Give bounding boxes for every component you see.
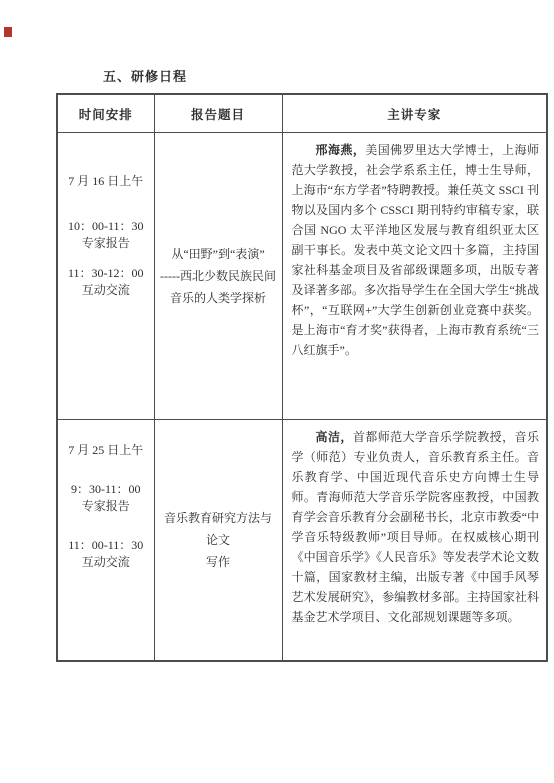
slot-time: 10：00-11：30 xyxy=(59,218,153,235)
slot-label: 专家报告 xyxy=(59,235,153,252)
time-cell: 7 月 16 日上午 10：00-11：30 专家报告 11：30-12：00 … xyxy=(57,133,154,420)
table-row: 7 月 16 日上午 10：00-11：30 专家报告 11：30-12：00 … xyxy=(57,133,547,420)
session-slot: 11：00-11：30 互动交流 xyxy=(59,537,153,571)
header-cell-expert: 主讲专家 xyxy=(282,94,547,133)
topic-line: 音乐的人类学探析 xyxy=(159,287,278,309)
topic-line: 从“田野”到“表演” xyxy=(159,243,278,265)
expert-name: 高洁， xyxy=(316,430,353,444)
expert-bio-text: 美国佛罗里达大学博士，上海师范大学教授，社会学系系主任，博士生导师，上海市“东方… xyxy=(292,143,540,357)
slot-time: 11：30-12：00 xyxy=(59,265,153,282)
slot-label: 互动交流 xyxy=(59,554,153,571)
slot-label: 互动交流 xyxy=(59,282,153,299)
topic-cell: 音乐教育研究方法与论文 写作 xyxy=(154,420,282,662)
expert-bio: 高洁，首都师范大学音乐学院教授，音乐学（师范）专业负责人，音乐教育系主任。音乐教… xyxy=(292,427,540,627)
time-cell: 7 月 25 日上午 9：30-11：00 专家报告 11：00-11：30 互… xyxy=(57,420,154,662)
slot-time: 11：00-11：30 xyxy=(59,537,153,554)
topic-line: 写作 xyxy=(159,551,278,573)
table-header-row: 时间安排 报告题目 主讲专家 xyxy=(57,94,547,133)
session-date: 7 月 25 日上午 xyxy=(59,442,153,459)
slot-time: 9：30-11：00 xyxy=(59,481,153,498)
topic-cell: 从“田野”到“表演” -----西北少数民族民间 音乐的人类学探析 xyxy=(154,133,282,420)
topic-line: 音乐教育研究方法与论文 xyxy=(159,507,278,551)
expert-cell: 高洁，首都师范大学音乐学院教授，音乐学（师范）专业负责人，音乐教育系主任。音乐教… xyxy=(282,420,547,662)
expert-cell: 邢海燕，美国佛罗里达大学博士，上海师范大学教授，社会学系系主任，博士生导师，上海… xyxy=(282,133,547,420)
document-page: { "page": { "heading": "五、研修日程" }, "mark… xyxy=(0,0,554,783)
section-heading: 五、研修日程 xyxy=(103,66,187,85)
header-cell-topic: 报告题目 xyxy=(154,94,282,133)
session-date: 7 月 16 日上午 xyxy=(59,173,153,190)
session-slot: 10：00-11：30 专家报告 xyxy=(59,218,153,252)
session-slot: 11：30-12：00 互动交流 xyxy=(59,265,153,299)
slot-label: 专家报告 xyxy=(59,498,153,515)
header-cell-time: 时间安排 xyxy=(57,94,154,133)
session-slot: 9：30-11：00 专家报告 xyxy=(59,481,153,515)
table-row: 7 月 25 日上午 9：30-11：00 专家报告 11：00-11：30 互… xyxy=(57,420,547,662)
expert-bio-text: 首都师范大学音乐学院教授，音乐学（师范）专业负责人，音乐教育系主任。音乐教育学、… xyxy=(292,430,540,624)
expert-bio: 邢海燕，美国佛罗里达大学博士，上海师范大学教授，社会学系系主任，博士生导师，上海… xyxy=(292,140,540,360)
schedule-table: 时间安排 报告题目 主讲专家 7 月 16 日上午 10：00-11：30 专家… xyxy=(56,93,548,662)
expert-name: 邢海燕， xyxy=(316,143,366,157)
topic-line: -----西北少数民族民间 xyxy=(159,265,278,287)
red-stamp-marker xyxy=(4,27,12,37)
